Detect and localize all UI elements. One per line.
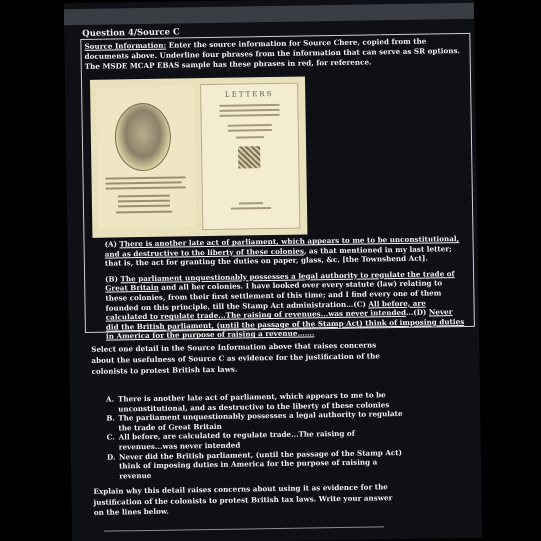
excerpt-b-c-d: (B) The parliament unquestionably posses… <box>105 269 466 342</box>
choice-letter: D. <box>107 452 119 481</box>
excerpt-label: (D) <box>413 308 429 317</box>
caption-line <box>118 200 170 203</box>
source-information-instructions: Source Information: Enter the source inf… <box>84 36 465 72</box>
title-line <box>236 136 264 138</box>
imprint-line <box>231 207 271 210</box>
answer-line[interactable] <box>104 526 384 531</box>
top-bar <box>64 3 474 25</box>
excerpt-label: (A) <box>104 239 119 248</box>
title-line <box>219 104 279 107</box>
choice-letter: C. <box>107 433 119 452</box>
caption-line <box>118 205 170 208</box>
choice-letter: A. <box>106 394 118 413</box>
caption-line <box>116 211 172 214</box>
ornament-icon <box>238 146 260 168</box>
answer-choices: A.There is another late act of parliamen… <box>106 390 407 481</box>
caption-line <box>118 195 170 198</box>
choice-d[interactable]: D.Never did the British parliament, (unt… <box>107 447 407 480</box>
excerpt-label: (B) <box>105 274 121 283</box>
excerpt-label: (C) <box>353 299 368 308</box>
imprint-line <box>239 202 263 204</box>
choice-text: Never did the British parliament, (until… <box>119 447 407 480</box>
source-excerpts: (A) There is another late act of parliam… <box>104 234 466 348</box>
caption-line <box>106 186 186 189</box>
caption-line <box>106 176 186 179</box>
title-line <box>219 109 279 112</box>
screen: Question 4/Source C Source Information: … <box>64 0 482 541</box>
source-information-box: Source Information: Enter the source inf… <box>80 33 475 333</box>
question-prompt: Select one detail in the Source Informat… <box>91 339 391 377</box>
title-line <box>228 129 272 132</box>
source-information-label: Source Information: <box>84 41 166 51</box>
title-line <box>220 114 280 117</box>
caption-line <box>106 181 182 184</box>
frontispiece-page <box>96 86 196 228</box>
portrait-engraving <box>114 103 171 172</box>
title-line <box>228 124 272 127</box>
explain-prompt: Explain why this detail raises concerns … <box>93 482 403 518</box>
choice-letter: B. <box>106 414 118 433</box>
excerpt-a: (A) There is another late act of parliam… <box>104 234 464 268</box>
excerpt-text: ……. <box>297 329 314 338</box>
title-page-heading: LETTERS <box>201 90 297 100</box>
title-page: LETTERS <box>200 83 300 231</box>
source-image: LETTERS <box>90 76 307 237</box>
